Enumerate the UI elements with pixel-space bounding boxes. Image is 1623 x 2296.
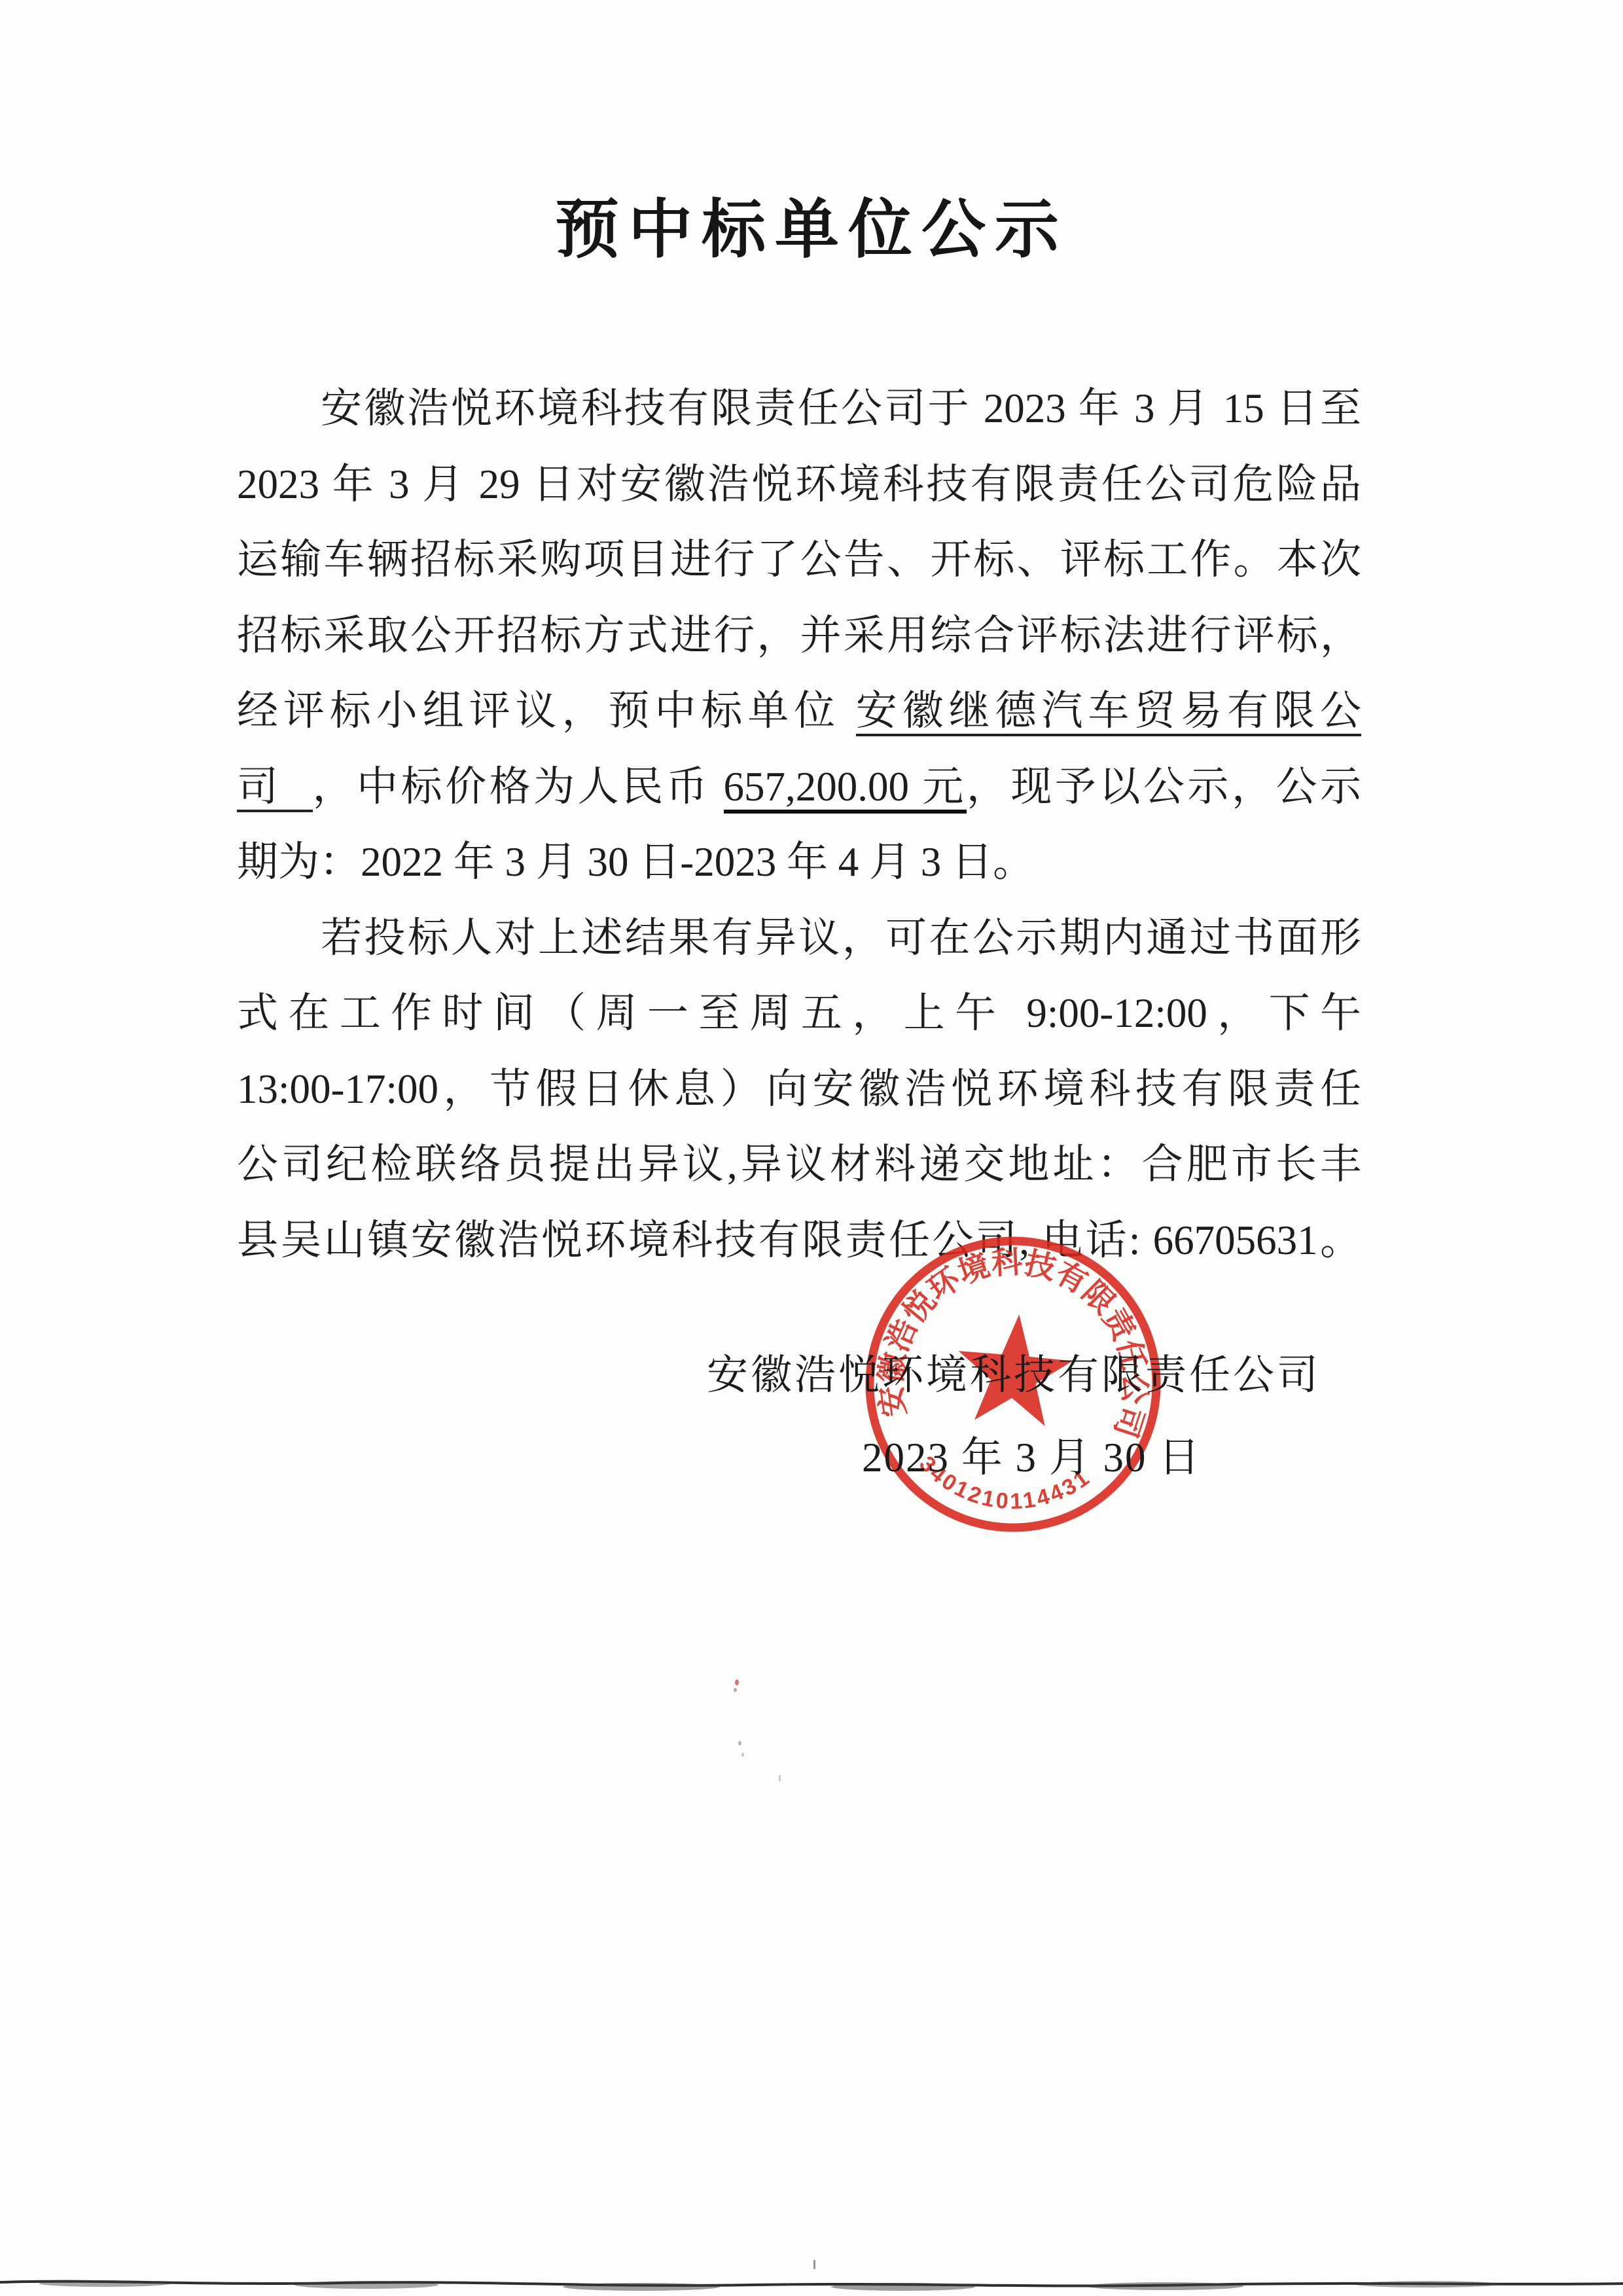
body-line: 安徽浩悦环境科技有限责任公司于 2023 年 3 月 15 日至 (237, 371, 1361, 447)
document-body: 安徽浩悦环境科技有限责任公司于 2023 年 3 月 15 日至 2023 年 … (237, 371, 1361, 1278)
signature-company: 安徽浩悦环境科技有限责任公司 (707, 1352, 1321, 1398)
body-text: 2023 年 3 月 29 日对安徽浩悦环境科技有限责任公司危险品 (237, 461, 1361, 507)
body-text: 运输车辆招标采购项目进行了公告、开标、评标工作。本次 (237, 537, 1361, 583)
body-text: 招标采取公开招标方式进行，并采用综合评标法进行评标， (237, 613, 1361, 658)
body-text: 县吴山镇安徽浩悦环境科技有限责任公司, 电话: 66705631。 (237, 1217, 1361, 1263)
scan-edge-shadow (0, 2265, 1623, 2296)
body-text: 公司纪检联络员提出异议,异议材料递交地址：合肥市长丰 (237, 1141, 1361, 1187)
scanned-document-page: 预中标单位公示 安徽浩悦环境科技有限责任公司于 2023 年 3 月 15 日至… (0, 0, 1623, 2296)
body-line: 2023 年 3 月 29 日对安徽浩悦环境科技有限责任公司危险品 (237, 447, 1361, 523)
scan-speck (735, 1679, 739, 1685)
body-line: 式在工作时间（周一至周五，上午 9:00-12:00，下午 (237, 976, 1361, 1052)
body-text: 安徽浩悦环境科技有限责任公司于 2023 年 3 月 15 日至 (321, 386, 1361, 431)
body-text: 期为：2022 年 3 月 30 日-2023 年 4 月 3 日。 (237, 839, 1034, 885)
body-line: 若投标人对上述结果有异议，可在公示期内通过书面形 (237, 901, 1361, 977)
body-text: 若投标人对上述结果有异议，可在公示期内通过书面形 (321, 915, 1361, 961)
body-line: 公司纪检联络员提出异议,异议材料递交地址：合肥市长丰 (237, 1127, 1361, 1203)
scan-speck (738, 1741, 741, 1746)
scan-speck (779, 1775, 781, 1782)
winning-bidder-underlined: 司 (237, 764, 313, 812)
body-line: 县吴山镇安徽浩悦环境科技有限责任公司, 电话: 66705631。 (237, 1203, 1361, 1279)
body-line: 招标采取公开招标方式进行，并采用综合评标法进行评标， (237, 598, 1361, 674)
body-line: 13:00-17:00，节假日休息）向安徽浩悦环境科技有限责任 (237, 1052, 1361, 1128)
body-text: ，现予以公示，公示 (967, 764, 1361, 810)
body-line: 运输车辆招标采购项目进行了公告、开标、评标工作。本次 (237, 522, 1361, 598)
document-title: 预中标单位公示 (0, 198, 1623, 262)
signature-date: 2023 年 3 月 30 日 (862, 1435, 1201, 1480)
bid-price-underlined: 657,200.00 元 (724, 764, 967, 814)
body-text: ，中标价格为人民币 (313, 764, 724, 810)
scan-speck (734, 1688, 737, 1692)
body-text: 13:00-17:00，节假日休息）向安徽浩悦环境科技有限责任 (237, 1066, 1361, 1112)
scan-speck (741, 1753, 744, 1757)
body-line: 经评标小组评议，预中标单位 安徽继德汽车贸易有限公 (237, 673, 1361, 749)
body-line: 期为：2022 年 3 月 30 日-2023 年 4 月 3 日。 (237, 825, 1361, 901)
winning-bidder-underlined: 安徽继德汽车贸易有限公 (856, 688, 1361, 736)
body-text: 式在工作时间（周一至周五，上午 9:00-12:00，下午 (237, 990, 1361, 1036)
body-text: 经评标小组评议，预中标单位 (237, 688, 856, 734)
body-line: 司，中标价格为人民币 657,200.00 元，现予以公示，公示 (237, 749, 1361, 825)
